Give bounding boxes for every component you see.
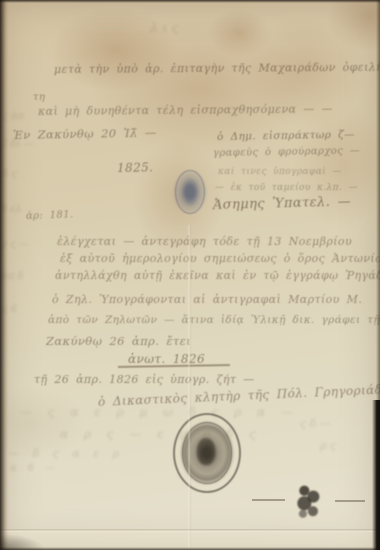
- corner-shadow-bottom-left: [0, 524, 70, 550]
- handwriting-line: ἀπὸ τῶν Ζηλωτῶν — ἅτινα ἰδίᾳ Ὑλικῇ δικ. …: [48, 315, 380, 326]
- manuscript-photo: λ ι ς ς ἀπ Ἰ δι — δ ς ϐ ελ γ ς — ἀπ δ ς …: [0, 0, 380, 550]
- handwriting-line: ἀντηλλάχθη αὐτῇ ἐκεῖνα καὶ ἐν τῷ ἐγγράφῳ…: [55, 270, 380, 281]
- handwriting-line: ὁ Ζηλ. Ὑπογράφονται αἱ ἀντιγραφαὶ Μαρτίο…: [52, 294, 362, 305]
- handwriting-dateline: Ἐν Ζακύνθῳ 20 Ἰλ̃ —: [13, 127, 157, 141]
- handwriting-line: μετὰ τὴν ὑπὸ ἀρ. ἐπιταγὴν τῆς Μαχαιράδων…: [54, 62, 380, 75]
- handwriting-year-1826: ἀνωτ. 1826: [128, 353, 205, 365]
- dark-oval-seal-icon: [173, 413, 241, 493]
- bleedthrough-line: λ ι ς: [150, 22, 179, 35]
- handwriting-year-1825: 1825.: [117, 161, 154, 174]
- page-edge-top: [0, 0, 380, 3]
- stamp-dash-left: [252, 499, 285, 501]
- handwriting-dateline: τῇ 26 ἀπρ. 1826 εἰς ὑπογρ. ζήτ —: [34, 374, 255, 385]
- handwriting-line: ἐλέγχεται — ἀντεγράφη τόδε τῇ 13 Νοεμβρί…: [57, 236, 352, 247]
- bleedthrough-line: — δ ς α ε ρ: [8, 448, 124, 459]
- handwriting-line: ὁ Δημ. εἰσπράκτωρ ζ—: [217, 130, 355, 143]
- stamp-dash-right: [335, 500, 365, 502]
- bleedthrough-line: ς δ —: [300, 418, 331, 429]
- page-edge-left: [0, 0, 9, 550]
- handwriting-line: — ἐκ τοῦ ταμείου κ.λπ. —: [215, 184, 358, 193]
- blue-round-stamp-icon: [167, 162, 213, 222]
- signature: Ἀσημης Ὑπατελ. —: [213, 195, 351, 212]
- bleedthrough-line: — ς α ε ρ μ ω δ ς ρ α —: [20, 406, 299, 418]
- margin-number: ἀρ: 181.: [26, 210, 74, 222]
- handwriting-line: καί τινες ὑπογραφαὶ —: [218, 168, 342, 177]
- monogram-stamp-icon: [290, 480, 326, 521]
- handwriting-line: ἐξ αὐτοῦ ἡμερολογίου σημειώσεως ὁ ὅρος Ἀ…: [60, 253, 380, 264]
- seal-emblem-icon: [197, 438, 215, 465]
- blue-stamp-emblem-icon: [175, 170, 205, 214]
- bleedthrough-line: α ϐ —: [10, 464, 59, 474]
- page-edge-right-bottom: [372, 400, 380, 550]
- bleedthrough-line: ρ ς: [320, 440, 336, 451]
- handwriting-line: καὶ μὴ δυνηθέντα τέλη εἰσπραχθησόμενα — …: [38, 103, 333, 117]
- vertical-fold-crease: [188, 225, 191, 550]
- handwriting-dateline: Ζακύνθῳ 26 ἀπρ. ἔτει: [46, 336, 191, 348]
- handwriting-line: τη: [33, 93, 45, 103]
